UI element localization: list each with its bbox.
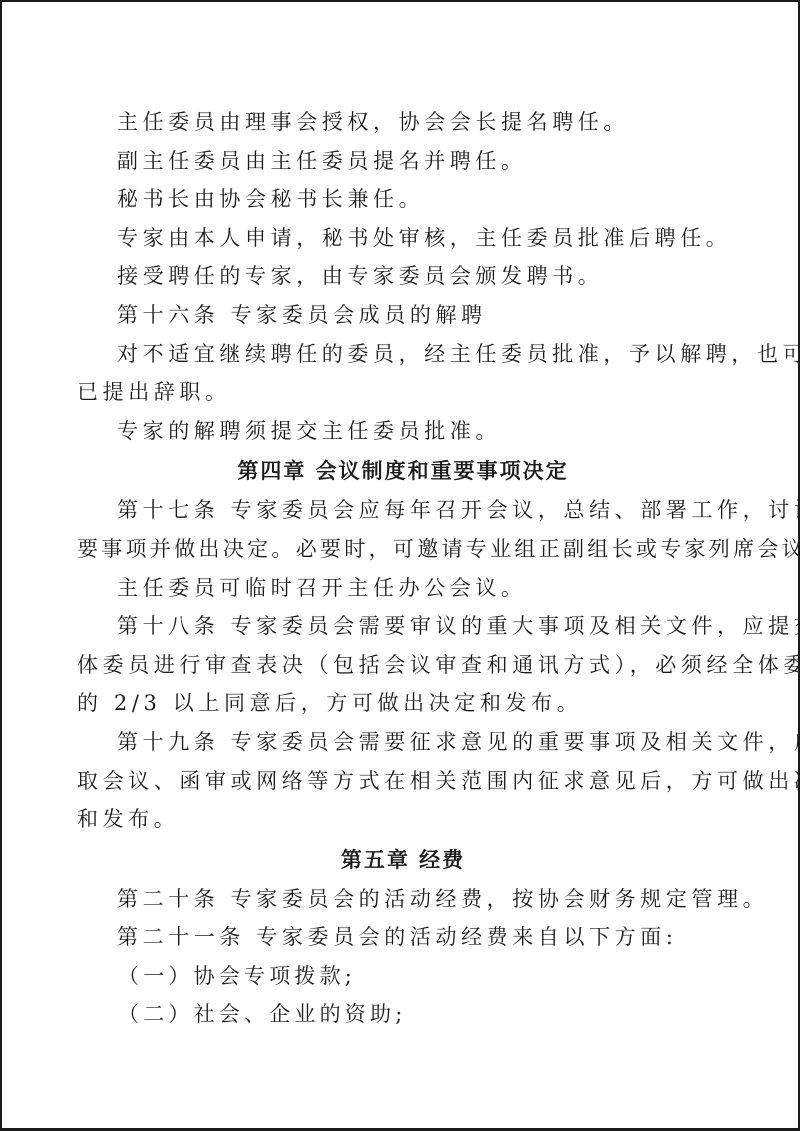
article-19-cont-2: 和发布。 [77,800,729,839]
paragraph-dismissal-cont: 已提出辞职。 [77,373,729,412]
document-page: 主任委员由理事会授权，协会会长提名聘任。 副主任委员由主任委员提名并聘任。 秘书… [0,0,800,1131]
article-21: 第二十一条 专家委员会的活动经费来自以下方面: [77,918,729,957]
document-body: 主任委员由理事会授权，协会会长提名聘任。 副主任委员由主任委员提名并聘任。 秘书… [77,103,729,1034]
article-19: 第十九条 专家委员会需要征求意见的重要事项及相关文件，应采 [77,723,729,762]
chapter-4-heading: 第四章 会议制度和重要事项决定 [77,450,729,491]
paragraph-dismissal-approval: 专家的解聘须提交主任委员批准。 [77,412,729,451]
article-18: 第十八条 专家委员会需要审议的重大事项及相关文件，应提交全 [77,607,729,646]
funding-item-1: （一）协会专项拨款; [77,957,729,996]
article-20: 第二十条 专家委员会的活动经费，按协会财务规定管理。 [77,880,729,919]
paragraph-secretary-general: 秘书长由协会秘书长兼任。 [77,180,729,219]
paragraph-appointment-letter: 接受聘任的专家，由专家委员会颁发聘书。 [77,257,729,296]
paragraph-office-meeting: 主任委员可临时召开主任办公会议。 [77,569,729,608]
funding-item-2: （二）社会、企业的资助; [77,995,729,1034]
paragraph-vice-chair-appointment: 副主任委员由主任委员提名并聘任。 [77,142,729,181]
article-18-cont-2: 的 2/3 以上同意后，方可做出决定和发布。 [77,684,729,723]
article-17: 第十七条 专家委员会应每年召开会议，总结、部署工作，讨论重 [77,491,729,530]
article-18-cont-1: 体委员进行审查表决（包括会议审查和通讯方式），必须经全体委员 [77,646,729,685]
chapter-5-heading: 第五章 经费 [77,839,729,880]
paragraph-dismissal: 对不适宜继续聘任的委员，经主任委员批准，予以解聘，也可自 [77,335,729,374]
article-17-cont: 要事项并做出决定。必要时，可邀请专业组正副组长或专家列席会议。 [77,530,729,569]
paragraph-chair-appointment: 主任委员由理事会授权，协会会长提名聘任。 [77,103,729,142]
article-19-cont-1: 取会议、函审或网络等方式在相关范围内征求意见后，方可做出决定 [77,762,729,801]
paragraph-expert-application: 专家由本人申请，秘书处审核，主任委员批准后聘任。 [77,219,729,258]
article-16-title: 第十六条 专家委员会成员的解聘 [77,296,729,335]
